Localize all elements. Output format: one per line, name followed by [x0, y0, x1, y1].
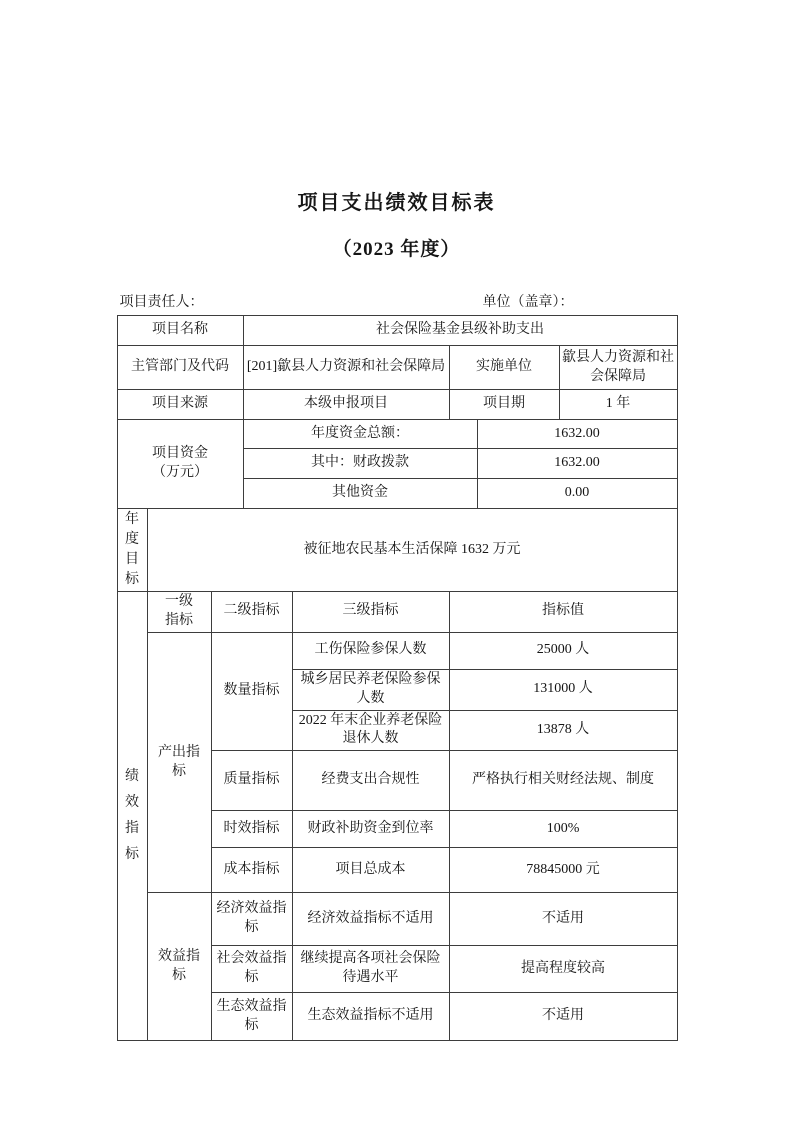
indicator-name-cell: 继续提高各项社会保险待遇水平: [292, 946, 449, 993]
row-funding-total: 项目资金 （万元） 年度资金总额： 1632.00: [117, 420, 677, 449]
row-indicator: 产出指标 数量指标 工伤保险参保人数 25000 人: [117, 632, 677, 669]
funding-other-label-cell: 其他资金: [243, 479, 477, 509]
indicator-name-cell: 工伤保险参保人数: [292, 632, 449, 669]
responsible-person-label: 项目责任人：: [120, 291, 204, 311]
group-benefit-label: 效益指标: [156, 948, 202, 986]
header-value-cell: 指标值: [449, 592, 677, 633]
funding-fiscal-label-cell: 其中：财政拨款: [243, 449, 477, 479]
row-annual-goal: 年度目标 被征地农民基本生活保障 1632 万元: [117, 509, 677, 592]
impl-unit-label-cell: 实施单位: [449, 346, 559, 390]
indicator-value-cell: 13878 人: [449, 710, 677, 751]
row-indicator: 效益指标 经济效益指标 经济效益指标不适用 不适用: [117, 893, 677, 946]
page-subtitle: （2023 年度）: [0, 215, 793, 261]
annual-goal-content-cell: 被征地农民基本生活保障 1632 万元: [147, 509, 677, 592]
indicators-section-label: 绩效指标: [125, 764, 140, 868]
dept-label-cell: 主管部门及代码: [117, 346, 243, 390]
indicator-value-cell: 78845000 元: [449, 848, 677, 893]
indicator-value-cell: 提高程度较高: [449, 946, 677, 993]
funding-total-value-cell: 1632.00: [477, 420, 677, 449]
indicator-value-cell: 不适用: [449, 993, 677, 1041]
period-value-cell: 1 年: [559, 390, 677, 420]
indicator-value-cell: 不适用: [449, 893, 677, 946]
subgroup-economic-cell: 经济效益指标: [211, 893, 292, 946]
annual-goal-label: 年度目标: [125, 510, 140, 590]
group-output-cell: 产出指标: [147, 632, 211, 893]
row-source: 项目来源 本级申报项目 项目期 1 年: [117, 390, 677, 420]
header-level3-cell: 三级指标: [292, 592, 449, 633]
project-name-label-cell: 项目名称: [117, 316, 243, 346]
group-benefit-cell: 效益指标: [147, 893, 211, 1041]
source-value-cell: 本级申报项目: [243, 390, 449, 420]
subgroup-cost-cell: 成本指标: [211, 848, 292, 893]
page-title: 项目支出绩效目标表: [0, 0, 793, 215]
row-project-name: 项目名称 社会保险基金县级补助支出: [117, 316, 677, 346]
indicator-name-cell: 项目总成本: [292, 848, 449, 893]
funding-label-line1: 项目资金: [120, 445, 241, 464]
subgroup-quantity-cell: 数量指标: [211, 632, 292, 751]
unit-seal-label: 单位（盖章）：: [483, 291, 574, 311]
source-label-cell: 项目来源: [117, 390, 243, 420]
group-output-label: 产出指标: [156, 744, 202, 782]
impl-unit-value-cell: 歙县人力资源和社会保障局: [559, 346, 677, 390]
document-content: 项目责任人： 单位（盖章）： 项目名称 社会保险基金县级补助支出 主管部门及代码…: [117, 287, 677, 1041]
subgroup-quality-cell: 质量指标: [211, 751, 292, 811]
header-level1-cell: 一级指标: [147, 592, 211, 633]
indicator-name-cell: 经济效益指标不适用: [292, 893, 449, 946]
indicator-value-cell: 100%: [449, 811, 677, 848]
funding-other-value-cell: 0.00: [477, 479, 677, 509]
project-name-value-cell: 社会保险基金县级补助支出: [243, 316, 677, 346]
funding-label-cell: 项目资金 （万元）: [117, 420, 243, 509]
period-label-cell: 项目期: [449, 390, 559, 420]
row-department: 主管部门及代码 [201]歙县人力资源和社会保障局 实施单位 歙县人力资源和社会…: [117, 346, 677, 390]
indicator-name-cell: 生态效益指标不适用: [292, 993, 449, 1041]
funding-fiscal-value-cell: 1632.00: [477, 449, 677, 479]
header-level1: 一级指标: [163, 593, 195, 631]
indicator-name-cell: 经费支出合规性: [292, 751, 449, 811]
indicator-name-cell: 财政补助资金到位率: [292, 811, 449, 848]
signature-row: 项目责任人： 单位（盖章）：: [117, 287, 677, 313]
funding-total-label-cell: 年度资金总额：: [243, 420, 477, 449]
indicator-value-cell: 严格执行相关财经法规、制度: [449, 751, 677, 811]
indicator-value-cell: 131000 人: [449, 669, 677, 710]
funding-label-line2: （万元）: [120, 464, 241, 483]
indicator-name-cell: 2022 年末企业养老保险退休人数: [292, 710, 449, 751]
performance-target-table: 项目名称 社会保险基金县级补助支出 主管部门及代码 [201]歙县人力资源和社会…: [117, 315, 678, 1041]
dept-value-cell: [201]歙县人力资源和社会保障局: [243, 346, 449, 390]
subgroup-ecological-cell: 生态效益指标: [211, 993, 292, 1041]
subgroup-social-cell: 社会效益指标: [211, 946, 292, 993]
document-page: 项目支出绩效目标表 （2023 年度） 项目责任人： 单位（盖章）： 项目名称 …: [0, 0, 793, 1122]
indicator-name-cell: 城乡居民养老保险参保人数: [292, 669, 449, 710]
annual-goal-label-cell: 年度目标: [117, 509, 147, 592]
header-level2-cell: 二级指标: [211, 592, 292, 633]
subgroup-timeliness-cell: 时效指标: [211, 811, 292, 848]
indicators-section-label-cell: 绩效指标: [117, 592, 147, 1041]
row-indicator-header: 绩效指标 一级指标 二级指标 三级指标 指标值: [117, 592, 677, 633]
indicator-value-cell: 25000 人: [449, 632, 677, 669]
